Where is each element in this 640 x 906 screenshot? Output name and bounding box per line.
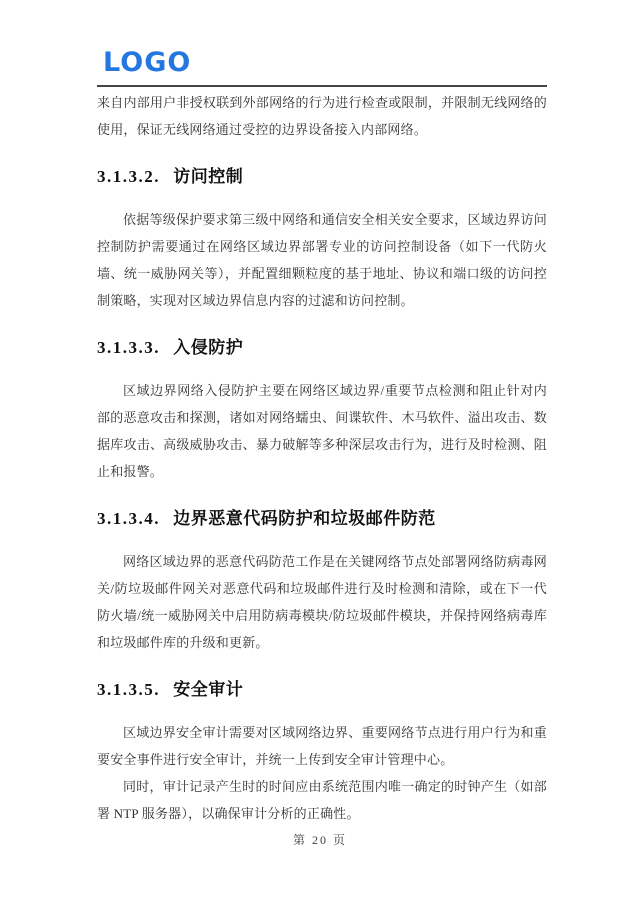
section-paragraph: 网络区域边界的恶意代码防范工作是在关键网络节点处部署网络防病毒网关/防垃圾邮件网… bbox=[97, 548, 547, 656]
section-number: 3.1.3.3. bbox=[97, 338, 160, 357]
section-number: 3.1.3.4. bbox=[97, 509, 160, 528]
section-heading-intrusion-prevention: 3.1.3.3. 入侵防护 bbox=[97, 334, 547, 361]
section-heading-security-audit: 3.1.3.5. 安全审计 bbox=[97, 676, 547, 703]
section-heading-malicious-code-spam: 3.1.3.4. 边界恶意代码防护和垃圾邮件防范 bbox=[97, 505, 547, 532]
text-column: LOGO 来自内部用户非授权联到外部网络的行为进行检查或限制，并限制无线网络的使… bbox=[97, 0, 547, 827]
section-paragraph: 依据等级保护要求第三级中网络和通信安全相关安全要求，区域边界访问控制防护需要通过… bbox=[97, 206, 547, 314]
section-number: 3.1.3.5. bbox=[97, 680, 160, 699]
intro-paragraph: 来自内部用户非授权联到外部网络的行为进行检查或限制，并限制无线网络的使用，保证无… bbox=[97, 89, 547, 143]
section-paragraph: 区域边界网络入侵防护主要在网络区域边界/重要节点检测和阻止针对内部的恶意攻击和探… bbox=[97, 377, 547, 485]
company-logo: LOGO bbox=[103, 50, 547, 76]
section-title: 访问控制 bbox=[173, 167, 243, 186]
section-title: 边界恶意代码防护和垃圾邮件防范 bbox=[173, 509, 436, 528]
header-rule bbox=[97, 85, 547, 87]
section-paragraph: 区域边界安全审计需要对区域网络边界、重要网络节点进行用户行为和重要安全事件进行安… bbox=[97, 719, 547, 773]
page-header: LOGO bbox=[97, 0, 547, 87]
section-paragraph: 同时，审计记录产生时的时间应由系统范围内唯一确定的时钟产生（如部署 NTP 服务… bbox=[97, 773, 547, 827]
section-heading-access-control: 3.1.3.2. 访问控制 bbox=[97, 163, 547, 190]
section-number: 3.1.3.2. bbox=[97, 167, 160, 186]
document-body: 来自内部用户非授权联到外部网络的行为进行检查或限制，并限制无线网络的使用，保证无… bbox=[97, 89, 547, 827]
section-title: 安全审计 bbox=[173, 680, 243, 699]
document-page: LOGO 来自内部用户非授权联到外部网络的行为进行检查或限制，并限制无线网络的使… bbox=[0, 0, 640, 906]
section-title: 入侵防护 bbox=[173, 338, 243, 357]
page-number-footer: 第 20 页 bbox=[0, 831, 640, 848]
